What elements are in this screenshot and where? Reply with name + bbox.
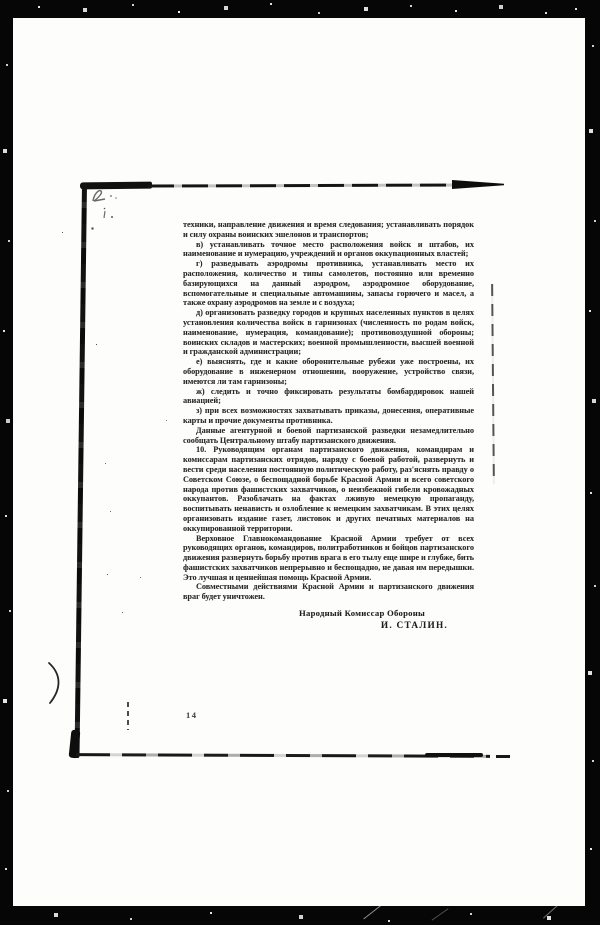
page-number: 14 — [186, 710, 198, 720]
scanned-document-photo: техники, направление движения и время сл… — [0, 0, 600, 925]
paragraph: Данные агентурной и боевой партизанской … — [183, 426, 474, 446]
paragraph: 10. Руководящим органам партизанского дв… — [183, 445, 474, 533]
paragraph: Совместными действиями Красной Армии и п… — [183, 582, 474, 602]
signature-name: И. СТАЛИН. — [299, 620, 451, 630]
paragraph: в) устанавливать точное место расположен… — [183, 240, 474, 260]
paragraph: Верховное Главнокомандование Красной Арм… — [183, 534, 474, 583]
signature-block: Народный Комиссар Обороны И. СТАЛИН. — [299, 608, 451, 630]
paragraph: г) разведывать аэродромы противника, уст… — [183, 259, 474, 308]
paragraph: е) выяснять, где и какие оборонительные … — [183, 357, 474, 386]
page-bottom-edge-mark — [496, 755, 510, 758]
paragraph: техники, направление движения и время сл… — [183, 220, 474, 240]
paragraph: д) организовать разведку городов и крупн… — [183, 308, 474, 357]
pencil-scribble — [90, 186, 134, 222]
paragraph: з) при всех возможностях захватывать при… — [183, 406, 474, 426]
signature-title: Народный Комиссар Обороны — [299, 608, 451, 618]
page-bottom-edge-mark — [425, 753, 483, 757]
paragraph: ж) следить и точно фиксировать результат… — [183, 387, 474, 407]
scan-scratch — [432, 908, 449, 920]
document-text: техники, направление движения и время сл… — [183, 220, 474, 602]
pencil-dash-mark — [127, 702, 129, 730]
page-dust-specks — [0, 0, 1, 1]
pencil-curve-mark — [44, 660, 68, 706]
